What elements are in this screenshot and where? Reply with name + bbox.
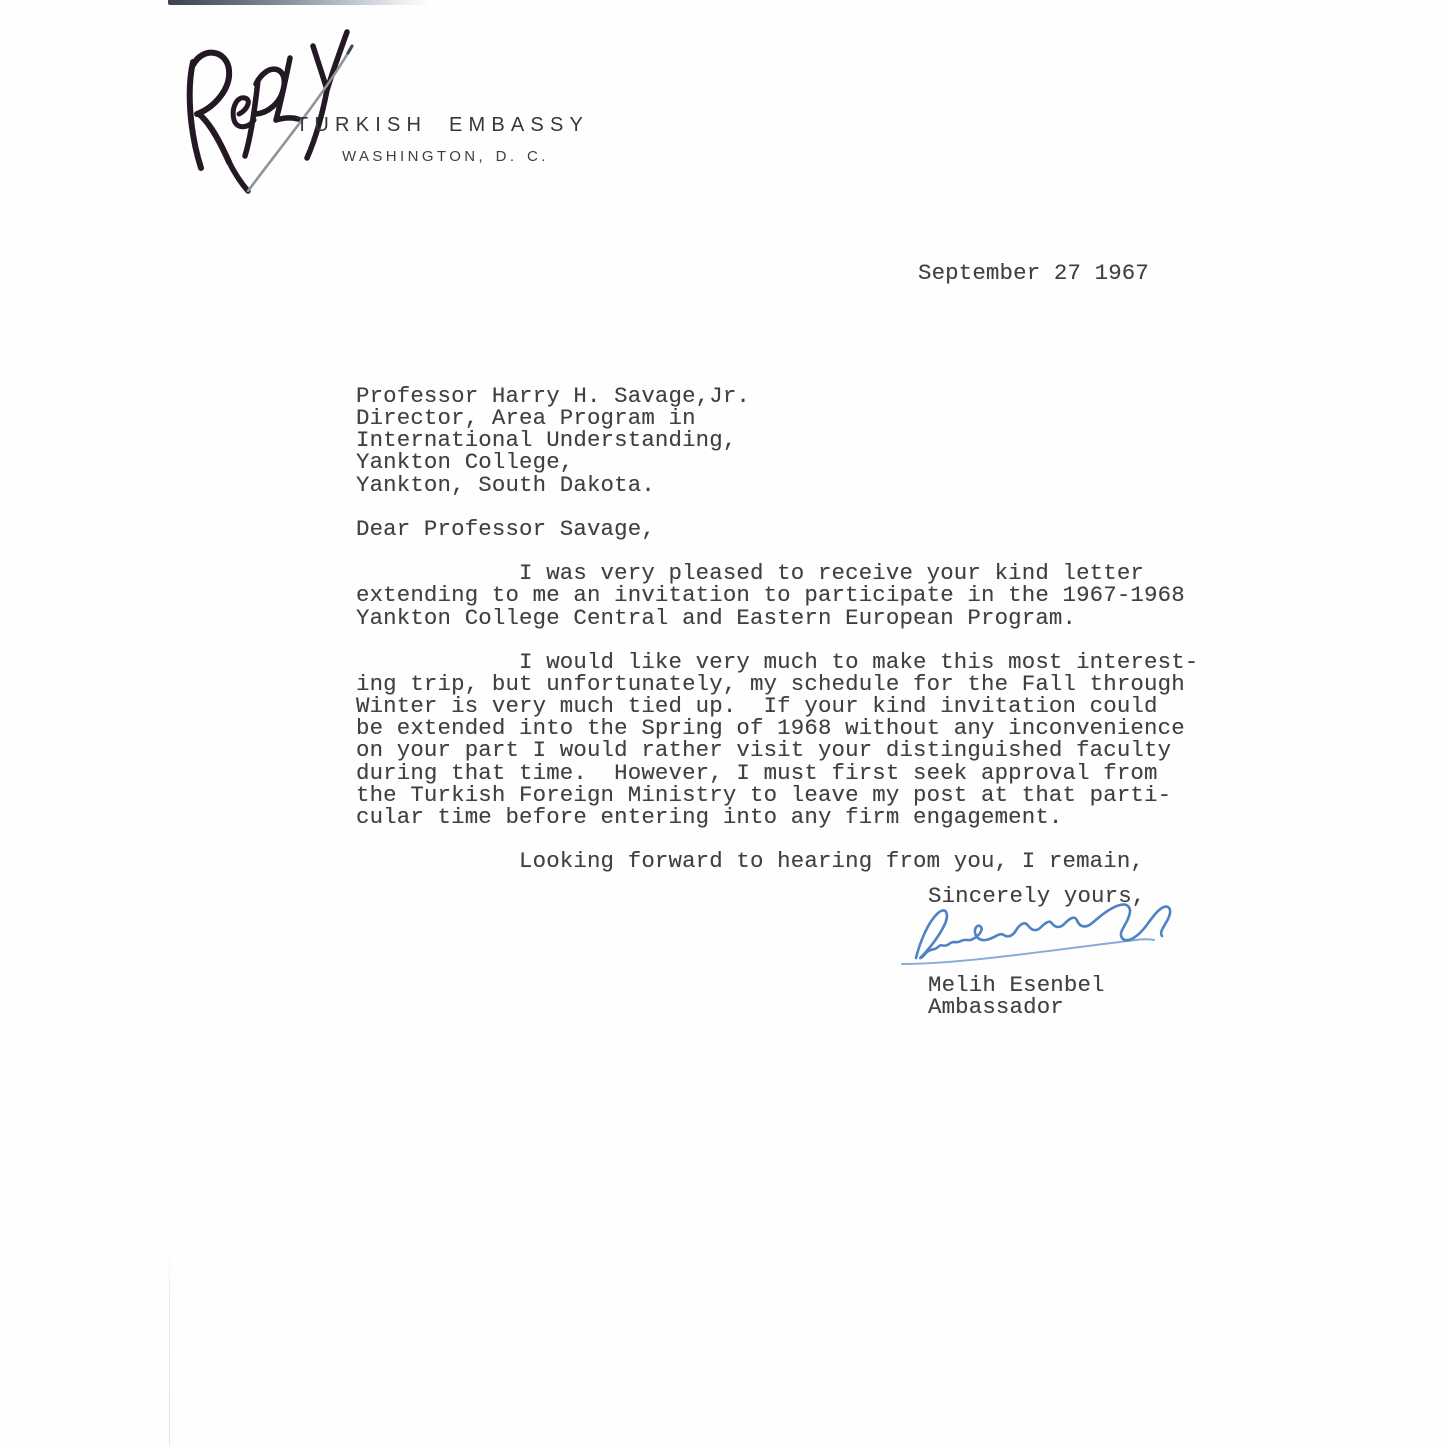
signed-name: Melih Esenbel [928, 974, 1105, 996]
letter-date: September 27 1967 [918, 262, 1149, 284]
signature-underline-stroke [902, 939, 1154, 964]
letter-page: TURKISH EMBASSY WASHINGTON, D. C. Septem… [0, 0, 1445, 1445]
letter-body: Professor Harry H. Savage,Jr. Director, … [356, 385, 1198, 872]
recipient-address-block: Professor Harry H. Savage,Jr. Director, … [356, 385, 1198, 496]
signature-main-stroke [916, 905, 1170, 959]
handwritten-signature [892, 896, 1188, 974]
paragraph-2: I would like very much to make this most… [356, 651, 1198, 828]
salutation: Dear Professor Savage, [356, 518, 1198, 540]
letterhead-location: WASHINGTON, D. C. [342, 148, 549, 165]
paragraph-1: I was very pleased to receive your kind … [356, 562, 1198, 628]
check-slash-tip [348, 46, 352, 53]
letterhead-organization: TURKISH EMBASSY [296, 114, 589, 137]
signed-title: Ambassador [928, 996, 1064, 1018]
paragraph-3: Looking forward to hearing from you, I r… [356, 850, 1198, 872]
reply-handwriting-mark [155, 10, 415, 210]
reply-ink-strokes [190, 32, 347, 191]
paper-left-edge-artifact [169, 1245, 170, 1445]
paper-top-edge-artifact [168, 0, 430, 5]
